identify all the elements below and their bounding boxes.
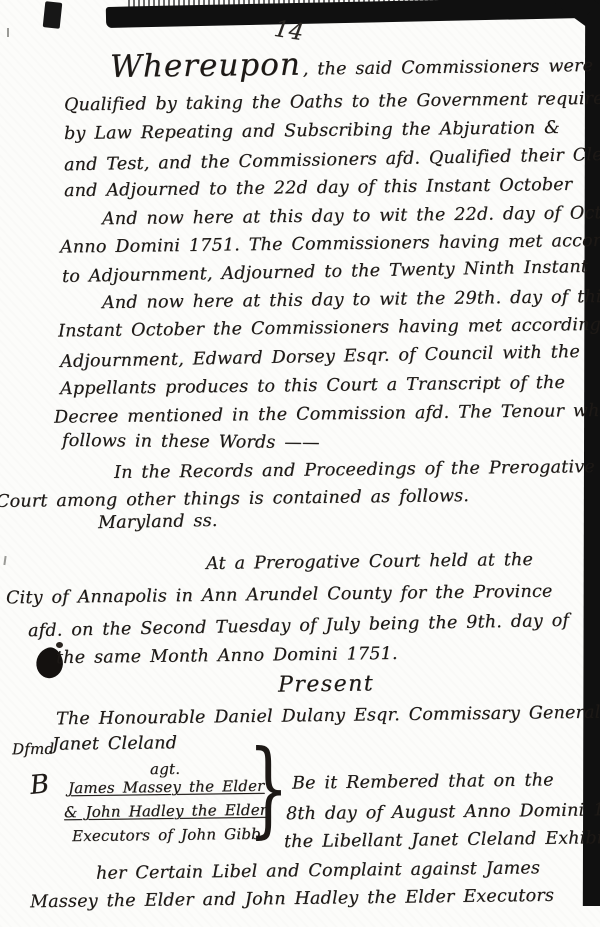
line-tuesday: afd. on the Second Tuesday of July being…	[28, 611, 569, 641]
line-exhibited: the Libellant Janet Cleland Exhibited	[284, 828, 600, 852]
line-qualified: Qualified by taking the Oaths to the Gov…	[64, 89, 600, 116]
line-twentyninth: to Adjournment, Adjourned to the Twenty …	[62, 257, 588, 287]
line-samemonth: the same Month Anno Domini 1751.	[56, 644, 398, 668]
line-decree: Decree mentioned in the Commission afd. …	[54, 400, 600, 427]
line-dorsey: Adjournment, Edward Dorsey Esqr. of Coun…	[60, 342, 580, 372]
margin-mark	[7, 28, 9, 37]
page-number: 14	[272, 16, 305, 46]
line-adjourned: and Adjourned to the 22d day of this Ins…	[64, 175, 573, 201]
manuscript-page: 14 Whereupon , the said Commissioners we…	[0, 0, 600, 927]
versus-label: agt.	[150, 760, 180, 778]
line-words: follows in these Words ——	[62, 431, 320, 453]
line-august: 8th day of August Anno Domini 1749.	[286, 800, 600, 824]
line-instantoct: Instant October the Commissioners having…	[58, 315, 600, 342]
respondent-1: James Massey the Elder	[68, 777, 265, 797]
line-maryland-ss: Maryland ss.	[98, 511, 218, 533]
line-whereupon: Whereupon , the said Commissioners were	[110, 43, 594, 85]
margin-letter: B	[28, 769, 50, 801]
line-andnow1: And now here at this day to wit the 22d.…	[102, 203, 600, 230]
respondent-3: Executors of John Gibb	[72, 825, 261, 845]
line-be-it: Be it Rembered that on the	[292, 770, 554, 793]
line-dulany: The Honourable Daniel Dulany Esqr. Commi…	[56, 703, 600, 730]
present-heading: Present	[278, 671, 374, 697]
caption-brace: }	[248, 736, 289, 840]
scan-blob	[43, 1, 63, 29]
line-court-among: Court among other things is contained as…	[0, 486, 469, 512]
line-libel: her Certain Libel and Complaint against …	[96, 858, 540, 883]
libellant-name: Janet Cleland	[52, 733, 177, 755]
respondent-2: & John Hadley the Elder	[64, 801, 267, 821]
line-executors: Massey the Elder and John Hadley the Eld…	[30, 886, 554, 912]
line-annapolis: City of Annapolis in Ann Arundel County …	[6, 582, 553, 609]
line-bylaw: by Law Repeating and Subscribing the Abj…	[64, 118, 560, 144]
line-text: , the said Commissioners were	[303, 56, 594, 80]
line-records: In the Records and Proceedings of the Pr…	[114, 457, 595, 483]
line-at-court: At a Prerogative Court held at the	[206, 550, 533, 574]
line-appellants: Appellants produces to this Court a Tran…	[60, 373, 565, 399]
line-anno1751: Anno Domini 1751. The Commissioners havi…	[60, 230, 600, 257]
margin-note: Dfmd	[12, 740, 54, 759]
opening-word: Whereupon	[110, 47, 301, 85]
margin-mark	[3, 556, 6, 565]
line-andnow2: And now here at this day to wit the 29th…	[102, 287, 600, 313]
line-andtest: and Test, and the Commissioners afd. Qua…	[64, 145, 600, 176]
